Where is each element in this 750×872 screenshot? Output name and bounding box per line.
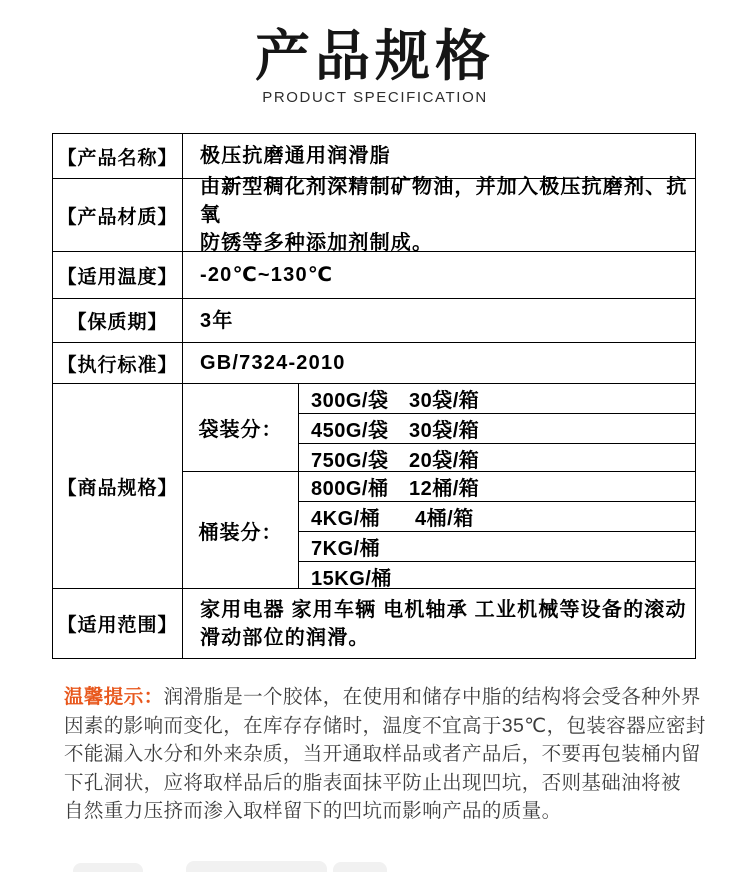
table-row-material: 【产品材质】 由新型稠化剂深精制矿物油，并加入极压抗磨剂、抗氧 防锈等多种添加剂… xyxy=(53,179,695,252)
spec-item: 300G/袋 30袋/箱 xyxy=(299,384,695,414)
row-value: -20℃~130℃ xyxy=(200,261,695,289)
row-label: 【保质期】 xyxy=(53,299,183,342)
table-row-temperature: 【适用温度】 -20℃~130℃ xyxy=(53,252,695,299)
tip-line: 下孔洞状，应将取样品后的脂表面抹平防止出现凹坑，否则基础油将被 xyxy=(64,769,704,798)
spec-size: 750G/袋 xyxy=(311,444,409,473)
row-value: GB/7324-2010 xyxy=(200,349,695,377)
spec-item: 4KG/桶 4桶/箱 xyxy=(299,502,695,532)
row-value: 3年 xyxy=(200,307,695,335)
row-value-cell: 极压抗磨通用润滑脂 xyxy=(183,134,695,178)
spec-item: 450G/袋 30袋/箱 xyxy=(299,414,695,444)
spec-per-box: 20袋/箱 xyxy=(409,444,479,473)
warm-tip: 温馨提示：润滑脂是一个胶体，在使用和储存中脂的结构将会受各种外界 因素的影响而变… xyxy=(64,683,704,826)
table-row-application: 【适用范围】 家用电器 家用车辆 电机轴承 工业机械等设备的滚动 滑动部位的润滑… xyxy=(53,589,695,658)
row-value: 极压抗磨通用润滑脂 xyxy=(200,142,695,170)
spec-item: 800G/桶 12桶/箱 xyxy=(299,472,695,502)
row-value-cell: GB/7324-2010 xyxy=(183,343,695,383)
tip-line: 温馨提示：润滑脂是一个胶体，在使用和储存中脂的结构将会受各种外界 xyxy=(64,683,704,712)
row-label: 【执行标准】 xyxy=(53,343,183,383)
row-label: 【适用范围】 xyxy=(53,589,183,658)
row-value-line: 滑动部位的润滑。 xyxy=(200,624,695,652)
packing-group-barrel: 桶装分： 800G/桶 12桶/箱 4KG/桶 4桶/箱 7KG/桶 xyxy=(183,472,695,588)
packing-groups: 袋装分： 300G/袋 30袋/箱 450G/袋 30袋/箱 750G/袋 20… xyxy=(183,384,695,588)
row-label: 【产品材质】 xyxy=(53,179,183,251)
row-label: 【产品名称】 xyxy=(53,134,183,178)
spec-item: 750G/袋 20袋/箱 xyxy=(299,444,695,473)
row-value-line: 家用电器 家用车辆 电机轴承 工业机械等设备的滚动 xyxy=(200,596,695,624)
page-subtitle: PRODUCT SPECIFICATION xyxy=(0,89,750,106)
next-section-cutoff-shape xyxy=(73,863,143,872)
next-section-cutoff-shape xyxy=(186,861,327,872)
spec-size: 450G/袋 xyxy=(311,414,409,443)
spec-size: 15KG/桶 xyxy=(311,562,409,591)
spec-size: 300G/袋 xyxy=(311,384,409,413)
page-title: 产品规格 xyxy=(0,27,750,85)
spec-per-box: 12桶/箱 xyxy=(409,472,479,501)
spec-size: 4KG/桶 xyxy=(311,502,409,531)
group-items: 300G/袋 30袋/箱 450G/袋 30袋/箱 750G/袋 20袋/箱 xyxy=(299,384,695,471)
spec-item: 15KG/桶 xyxy=(299,562,695,591)
spec-per-box: 30袋/箱 xyxy=(409,414,479,443)
row-value-cell: 由新型稠化剂深精制矿物油，并加入极压抗磨剂、抗氧 防锈等多种添加剂制成。 xyxy=(183,179,695,251)
tip-text: 润滑脂是一个胶体，在使用和储存中脂的结构将会受各种外界 xyxy=(164,686,701,708)
group-name: 桶装分： xyxy=(183,472,299,588)
row-value-cell: -20℃~130℃ xyxy=(183,252,695,298)
page-header: 产品规格 PRODUCT SPECIFICATION xyxy=(0,27,750,106)
spec-size: 7KG/桶 xyxy=(311,532,409,561)
row-label: 【适用温度】 xyxy=(53,252,183,298)
row-value-cell: 3年 xyxy=(183,299,695,342)
spec-per-box: 4桶/箱 xyxy=(409,502,474,531)
row-label: 【商品规格】 xyxy=(53,384,183,588)
next-section-cutoff-shape xyxy=(333,862,387,872)
spec-per-box: 30袋/箱 xyxy=(409,384,479,413)
group-items: 800G/桶 12桶/箱 4KG/桶 4桶/箱 7KG/桶 15KG/桶 xyxy=(299,472,695,588)
group-name: 袋装分： xyxy=(183,384,299,471)
table-row-packing-spec: 【商品规格】 袋装分： 300G/袋 30袋/箱 450G/袋 30袋/箱 75… xyxy=(53,384,695,589)
spec-table: 【产品名称】 极压抗磨通用润滑脂 【产品材质】 由新型稠化剂深精制矿物油，并加入… xyxy=(52,133,696,659)
row-value-cell: 家用电器 家用车辆 电机轴承 工业机械等设备的滚动 滑动部位的润滑。 xyxy=(183,589,695,658)
table-row-standard: 【执行标准】 GB/7324-2010 xyxy=(53,343,695,384)
spec-size: 800G/桶 xyxy=(311,472,409,501)
tip-prefix-label: 温馨提示： xyxy=(64,686,164,708)
packing-group-bag: 袋装分： 300G/袋 30袋/箱 450G/袋 30袋/箱 750G/袋 20… xyxy=(183,384,695,472)
table-row-shelf-life: 【保质期】 3年 xyxy=(53,299,695,343)
row-value-line: 由新型稠化剂深精制矿物油，并加入极压抗磨剂、抗氧 xyxy=(200,173,695,229)
tip-line: 自然重力压挤而渗入取样留下的凹坑而影响产品的质量。 xyxy=(64,797,704,826)
tip-line: 不能漏入水分和外来杂质，当开通取样品或者产品后，不要再包装桶内留 xyxy=(64,740,704,769)
spec-item: 7KG/桶 xyxy=(299,532,695,562)
tip-line: 因素的影响而变化，在库存存储时，温度不宜高于35℃，包装容器应密封 xyxy=(64,712,704,741)
